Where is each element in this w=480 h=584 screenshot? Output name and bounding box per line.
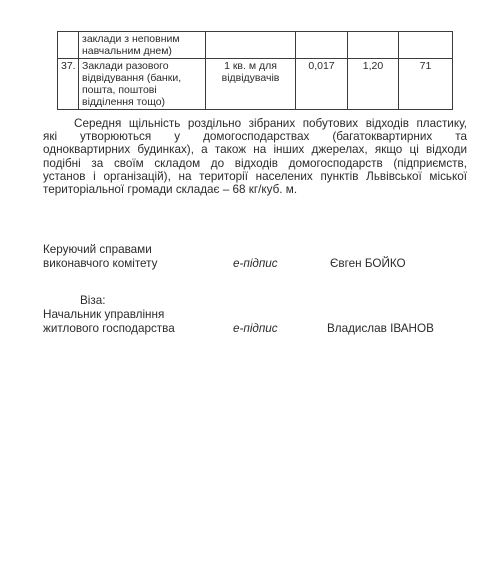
signer2-title-line2: житлового господарства	[43, 322, 175, 336]
cell-row36-v3	[399, 32, 453, 59]
visa-label: Віза:	[80, 294, 106, 308]
document-page: заклади з неповним навчальним днем) 37. …	[0, 0, 480, 584]
signer1-title-line1: Керуючий справами	[43, 243, 152, 257]
paragraph-line: які утворюються у домогосподарствах (баг…	[43, 130, 467, 143]
cell-row36-name: заклади з неповним навчальним днем)	[79, 32, 206, 59]
signer1-title-line2: виконавчого комітету	[43, 257, 158, 271]
cell-row37-name: Заклади разового відвідування (банки, по…	[79, 59, 206, 110]
body-paragraph: Середня щільність роздільно зібраних поб…	[43, 117, 467, 196]
signer2-title-line1: Начальник управління	[43, 308, 164, 322]
signer2-esignature-label: е-підпис	[233, 322, 278, 336]
signer2-name: Владислав ІВАНОВ	[327, 322, 434, 336]
paragraph-line: подібні за своїм складом до відходів дом…	[43, 157, 467, 170]
cell-row36-v2	[348, 32, 399, 59]
signer1-esignature-label: е-підпис	[233, 257, 278, 271]
cell-row37-num: 37.	[58, 59, 79, 110]
cell-row36-v1	[296, 32, 348, 59]
paragraph-line: Середня щільність роздільно зібраних поб…	[43, 117, 467, 130]
signer1-name: Євген БОЙКО	[330, 257, 406, 271]
paragraph-line: установ і організацій), на території нас…	[43, 170, 467, 183]
cell-row36-unit	[206, 32, 296, 59]
cell-row37-v1: 0,017	[296, 59, 348, 110]
cell-row37-v3: 71	[399, 59, 453, 110]
table-row-continuation: заклади з неповним навчальним днем)	[58, 32, 453, 59]
cell-row36-num	[58, 32, 79, 59]
cell-row37-unit: 1 кв. м для відвідувачів	[206, 59, 296, 110]
table-row-37: 37. Заклади разового відвідування (банки…	[58, 59, 453, 110]
cell-row37-v2: 1,20	[348, 59, 399, 110]
paragraph-line: одноквартирних будинках), а також на інш…	[43, 143, 467, 156]
waste-norms-table: заклади з неповним навчальним днем) 37. …	[57, 31, 453, 110]
paragraph-line: територіальної громади складає – 68 кг/к…	[43, 183, 467, 196]
